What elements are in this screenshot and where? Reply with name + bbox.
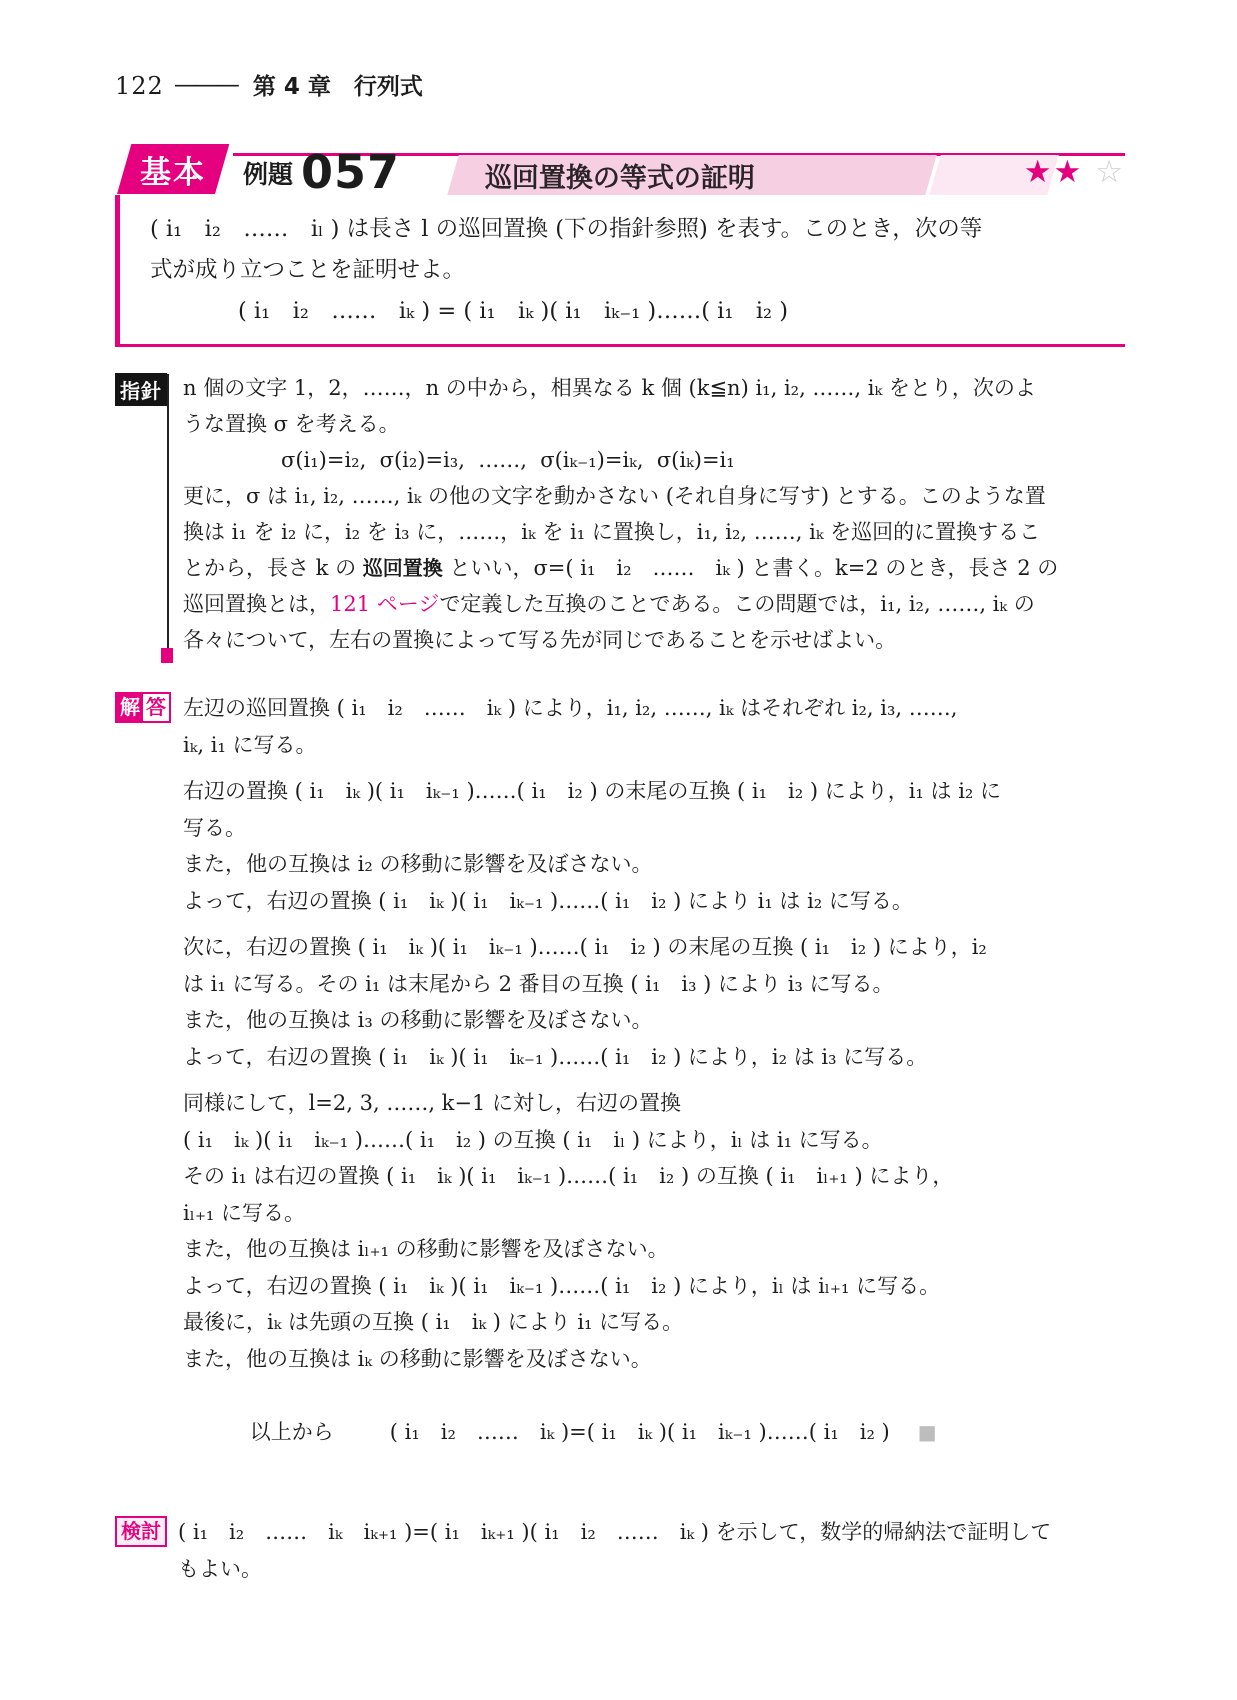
conclusion-prefix: 以上から — [250, 1420, 334, 1444]
note-line: もよい。 — [178, 1551, 1125, 1588]
answer-conclusion: 以上から( i₁ i₂ …… iₖ )=( i₁ iₖ )( i₁ iₖ₋₁ )… — [183, 1377, 1125, 1487]
answer-line: よって，右辺の置換 ( i₁ iₖ )( i₁ iₖ₋₁ )……( i₁ i₂ … — [183, 1268, 1125, 1305]
guidance-line: 換は i₁ を i₂ に，i₂ を i₃ に，……，iₖ を i₁ に置換し，i… — [183, 514, 1125, 550]
answer-line: また，他の互換は iₗ₊₁ の移動に影響を及ぼさない。 — [183, 1231, 1125, 1268]
answer-paragraph: 右辺の置換 ( i₁ iₖ )( i₁ iₖ₋₁ )……( i₁ i₂ ) の末… — [183, 773, 1125, 919]
page-header: 122 ——— 第 4 章 行列式 — [115, 68, 1125, 98]
problem-statement: ( i₁ i₂ …… iₗ ) は長さ l の巡回置換 (下の指針参照) を表す… — [115, 195, 1125, 347]
star-empty-icon: ☆ — [1095, 154, 1125, 190]
guidance-text: 巡回置換とは， — [183, 592, 330, 616]
answer-paragraph: 左辺の巡回置換 ( i₁ i₂ …… iₖ ) により，i₁, i₂, ……, … — [183, 690, 1125, 763]
guidance-line: とから，長さ k の 巡回置換 といい，σ=( i₁ i₂ …… iₖ ) と書… — [183, 550, 1125, 586]
example-banner: 基本 例題 057 巡回置換の等式の証明 ★★ ☆ — [115, 144, 1125, 195]
conclusion-equation: ( i₁ i₂ …… iₖ )=( i₁ iₖ )( i₁ iₖ₋₁ )……( … — [390, 1420, 890, 1444]
example-block: 基本 例題 057 巡回置換の等式の証明 ★★ ☆ ( i₁ i₂ …… iₗ … — [115, 144, 1125, 347]
guidance-text: で定義した互換のことである。この問題では，i₁, i₂, ……, iₖ の — [439, 592, 1034, 616]
answer-line: iₖ, i₁ に写る。 — [183, 727, 1125, 764]
guidance-equation: σ(i₁)=i₂, σ(i₂)=i₃, ……, σ(iₖ₋₁)=iₖ, σ(iₖ… — [183, 442, 1125, 478]
note-line: ( i₁ i₂ …… iₖ iₖ₊₁ )=( i₁ iₖ₊₁ )( i₁ i₂ … — [178, 1514, 1125, 1551]
answer-line: 左辺の巡回置換 ( i₁ i₂ …… iₖ ) により，i₁, i₂, ……, … — [183, 690, 1125, 727]
guidance-line: n 個の文字 1，2，……，n の中から，相異なる k 個 (k≦n) i₁, … — [183, 370, 1125, 406]
example-title: 巡回置換の等式の証明 — [453, 156, 755, 195]
guidance-vertical-rule — [167, 374, 169, 656]
answer-line: iₗ₊₁ に写る。 — [183, 1195, 1125, 1232]
qed-square: ■ — [918, 1420, 937, 1444]
problem-line: 式が成り立つことを証明せよ。 — [150, 250, 1119, 291]
example-number: 057 — [301, 149, 400, 195]
answer-line: は i₁ に写る。その i₁ は末尾から 2 番目の互換 ( i₁ i₃ ) に… — [183, 966, 1125, 1003]
note-content: ( i₁ i₂ …… iₖ iₖ₊₁ )=( i₁ iₖ₊₁ )( i₁ i₂ … — [178, 1514, 1125, 1588]
category-badge-label: 基本 — [140, 147, 206, 192]
guidance-text: といい，σ=( i₁ i₂ …… iₖ ) と書く。k=2 のとき，長さ 2 の — [443, 556, 1058, 580]
answer-line: ( i₁ iₖ )( i₁ iₖ₋₁ )……( i₁ i₂ ) の互換 ( i₁… — [183, 1122, 1125, 1159]
answer-line: 写る。 — [183, 810, 1125, 847]
answer-line: また，他の互換は i₂ の移動に影響を及ぼさない。 — [183, 846, 1125, 883]
example-label: 例題 — [243, 155, 293, 195]
star-filled-icon: ★★ — [1024, 154, 1084, 190]
guidance-line: うな置換 σ を考える。 — [183, 406, 1125, 442]
note-label: 検討 — [115, 1516, 167, 1547]
answer-line: よって，右辺の置換 ( i₁ iₖ )( i₁ iₖ₋₁ )……( i₁ i₂ … — [183, 1039, 1125, 1076]
answer-line: その i₁ は右辺の置換 ( i₁ iₖ )( i₁ iₖ₋₁ )……( i₁ … — [183, 1158, 1125, 1195]
answer-label: 解 答 — [115, 692, 171, 723]
answer-paragraph: 同様にして，l=2, 3, ……, k−1 に対し，右辺の置換 ( i₁ iₖ … — [183, 1085, 1125, 1487]
textbook-page: 122 ——— 第 4 章 行列式 基本 例題 057 巡回置換の等式の証明 ★… — [0, 0, 1237, 1700]
note-section: 検討 ( i₁ i₂ …… iₖ iₖ₊₁ )=( i₁ iₖ₊₁ )( i₁ … — [115, 1514, 1125, 1588]
answer-section: 解 答 左辺の巡回置換 ( i₁ i₂ …… iₖ ) により，i₁, i₂, … — [115, 690, 1125, 1487]
answer-paragraph: 次に，右辺の置換 ( i₁ iₖ )( i₁ iₖ₋₁ )……( i₁ i₂ )… — [183, 929, 1125, 1075]
page-reference: 121 ページ — [330, 592, 439, 616]
category-badge: 基本 — [117, 144, 229, 194]
answer-label-char2: 答 — [143, 694, 169, 721]
guidance-line: 巡回置換とは，121 ページで定義した互換のことである。この問題では，i₁, i… — [183, 586, 1125, 622]
guidance-line: 更に，σ は i₁, i₂, ……, iₖ の他の文字を動かさない (それ自身に… — [183, 478, 1125, 514]
answer-line: 同様にして，l=2, 3, ……, k−1 に対し，右辺の置換 — [183, 1085, 1125, 1122]
guidance-label: 指針 — [115, 373, 167, 406]
example-number-block: 例題 057 — [243, 144, 400, 195]
guidance-rule-end-square — [161, 648, 173, 663]
difficulty-stars: ★★ ☆ — [1024, 157, 1125, 188]
chapter-title: 第 4 章 行列式 — [253, 68, 423, 101]
problem-line: ( i₁ i₂ …… iₗ ) は長さ l の巡回置換 (下の指針参照) を表す… — [150, 209, 1119, 250]
guidance-text: とから，長さ k の — [183, 556, 363, 580]
term-cyclic-permutation: 巡回置換 — [363, 556, 443, 580]
problem-equation: ( i₁ i₂ …… iₖ ) = ( i₁ iₖ )( i₁ iₖ₋₁ )……… — [150, 291, 1119, 332]
example-title-strip: 巡回置換の等式の証明 — [447, 155, 936, 195]
answer-line: また，他の互換は i₃ の移動に影響を及ぼさない。 — [183, 1002, 1125, 1039]
answer-label-char1: 解 — [117, 694, 143, 721]
page-number: 122 — [115, 72, 164, 100]
answer-line: また，他の互換は iₖ の移動に影響を及ぼさない。 — [183, 1341, 1125, 1378]
answer-content: 左辺の巡回置換 ( i₁ i₂ …… iₖ ) により，i₁, i₂, ……, … — [183, 690, 1125, 1487]
answer-line: 右辺の置換 ( i₁ iₖ )( i₁ iₖ₋₁ )……( i₁ i₂ ) の末… — [183, 773, 1125, 810]
answer-line: 次に，右辺の置換 ( i₁ iₖ )( i₁ iₖ₋₁ )……( i₁ i₂ )… — [183, 929, 1125, 966]
header-separator: ——— — [174, 70, 237, 98]
guidance-section: 指針 n 個の文字 1，2，……，n の中から，相異なる k 個 (k≦n) i… — [115, 370, 1125, 666]
guidance-content: n 個の文字 1，2，……，n の中から，相異なる k 個 (k≦n) i₁, … — [183, 370, 1125, 658]
answer-line: よって，右辺の置換 ( i₁ iₖ )( i₁ iₖ₋₁ )……( i₁ i₂ … — [183, 883, 1125, 920]
guidance-line: 各々について，左右の置換によって写る先が同じであることを示せばよい。 — [183, 622, 1125, 658]
answer-line: 最後に，iₖ は先頭の互換 ( i₁ iₖ ) により i₁ に写る。 — [183, 1304, 1125, 1341]
